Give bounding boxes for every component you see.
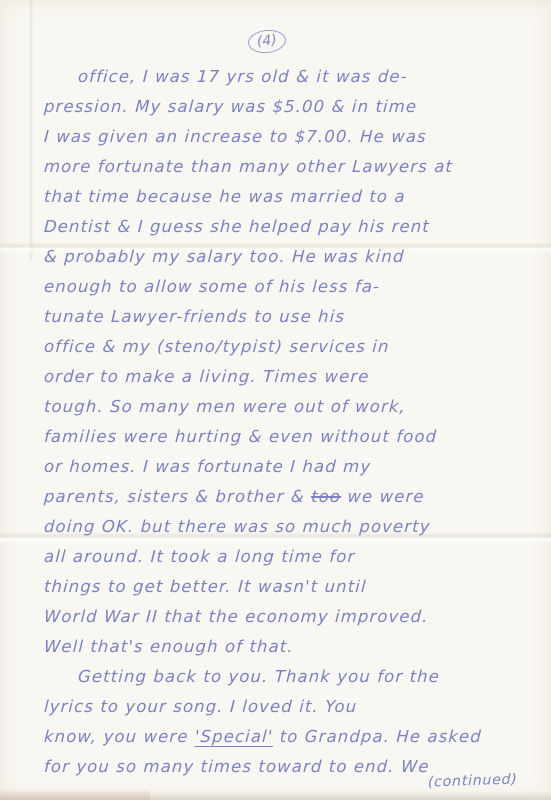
line-segment: know, you were [44, 727, 196, 746]
letter-line: things to get better. It wasn't until [43, 572, 536, 602]
continued-note: (continued) [428, 771, 518, 790]
letter-page: (4) office, I was 17 yrs old & it was de… [0, 0, 551, 800]
letter-line: office, I was 17 yrs old & it was de- [43, 62, 536, 92]
letter-line: Well that's enough of that. [43, 632, 536, 662]
letter-line: enough to allow some of his less fa- [43, 272, 536, 302]
letter-line: World War II that the economy improved. [43, 602, 536, 632]
letter-line: all around. It took a long time for [43, 542, 536, 572]
letter-line: pression. My salary was $5.00 & in time [43, 92, 536, 122]
letter-line: that time because he was married to a [43, 182, 536, 212]
underlined-word: 'Special' [194, 727, 273, 746]
letter-line: office & my (steno/typist) services in [43, 332, 536, 362]
line-segment: parents, sisters & brother & [44, 487, 312, 506]
letter-line-with-underline: know, you were 'Special' to Grandpa. He … [43, 722, 536, 752]
letter-line: or homes. I was fortunate I had my [43, 452, 536, 482]
letter-line: Dentist & I guess she helped pay his ren… [43, 212, 536, 242]
letter-line: Getting back to you. Thank you for the [43, 662, 536, 692]
letter-line: families were hurting & even without foo… [43, 422, 536, 452]
letter-line: I was given an increase to $7.00. He was [43, 122, 536, 152]
struck-word: too [311, 487, 342, 506]
letter-line: & probably my salary too. He was kind [43, 242, 536, 272]
letter-line: order to make a living. Times were [43, 362, 536, 392]
letter-line: tough. So many men were out of work, [43, 392, 536, 422]
letter-line: doing OK. but there was so much poverty [43, 512, 536, 542]
letter-line-with-strikeout: parents, sisters & brother & too we were [43, 482, 536, 512]
paper-edge-bottom [0, 791, 551, 800]
page-number: (4) [247, 28, 287, 55]
letter-line: lyrics to your song. I loved it. You [43, 692, 536, 722]
line-segment: we were [341, 487, 426, 506]
letter-line: more fortunate than many other Lawyers a… [43, 152, 536, 182]
letter-body: office, I was 17 yrs old & it was de- pr… [0, 62, 551, 782]
letter-line: tunate Lawyer-friends to use his [43, 302, 536, 332]
line-segment: to Grandpa. He asked [273, 727, 483, 746]
